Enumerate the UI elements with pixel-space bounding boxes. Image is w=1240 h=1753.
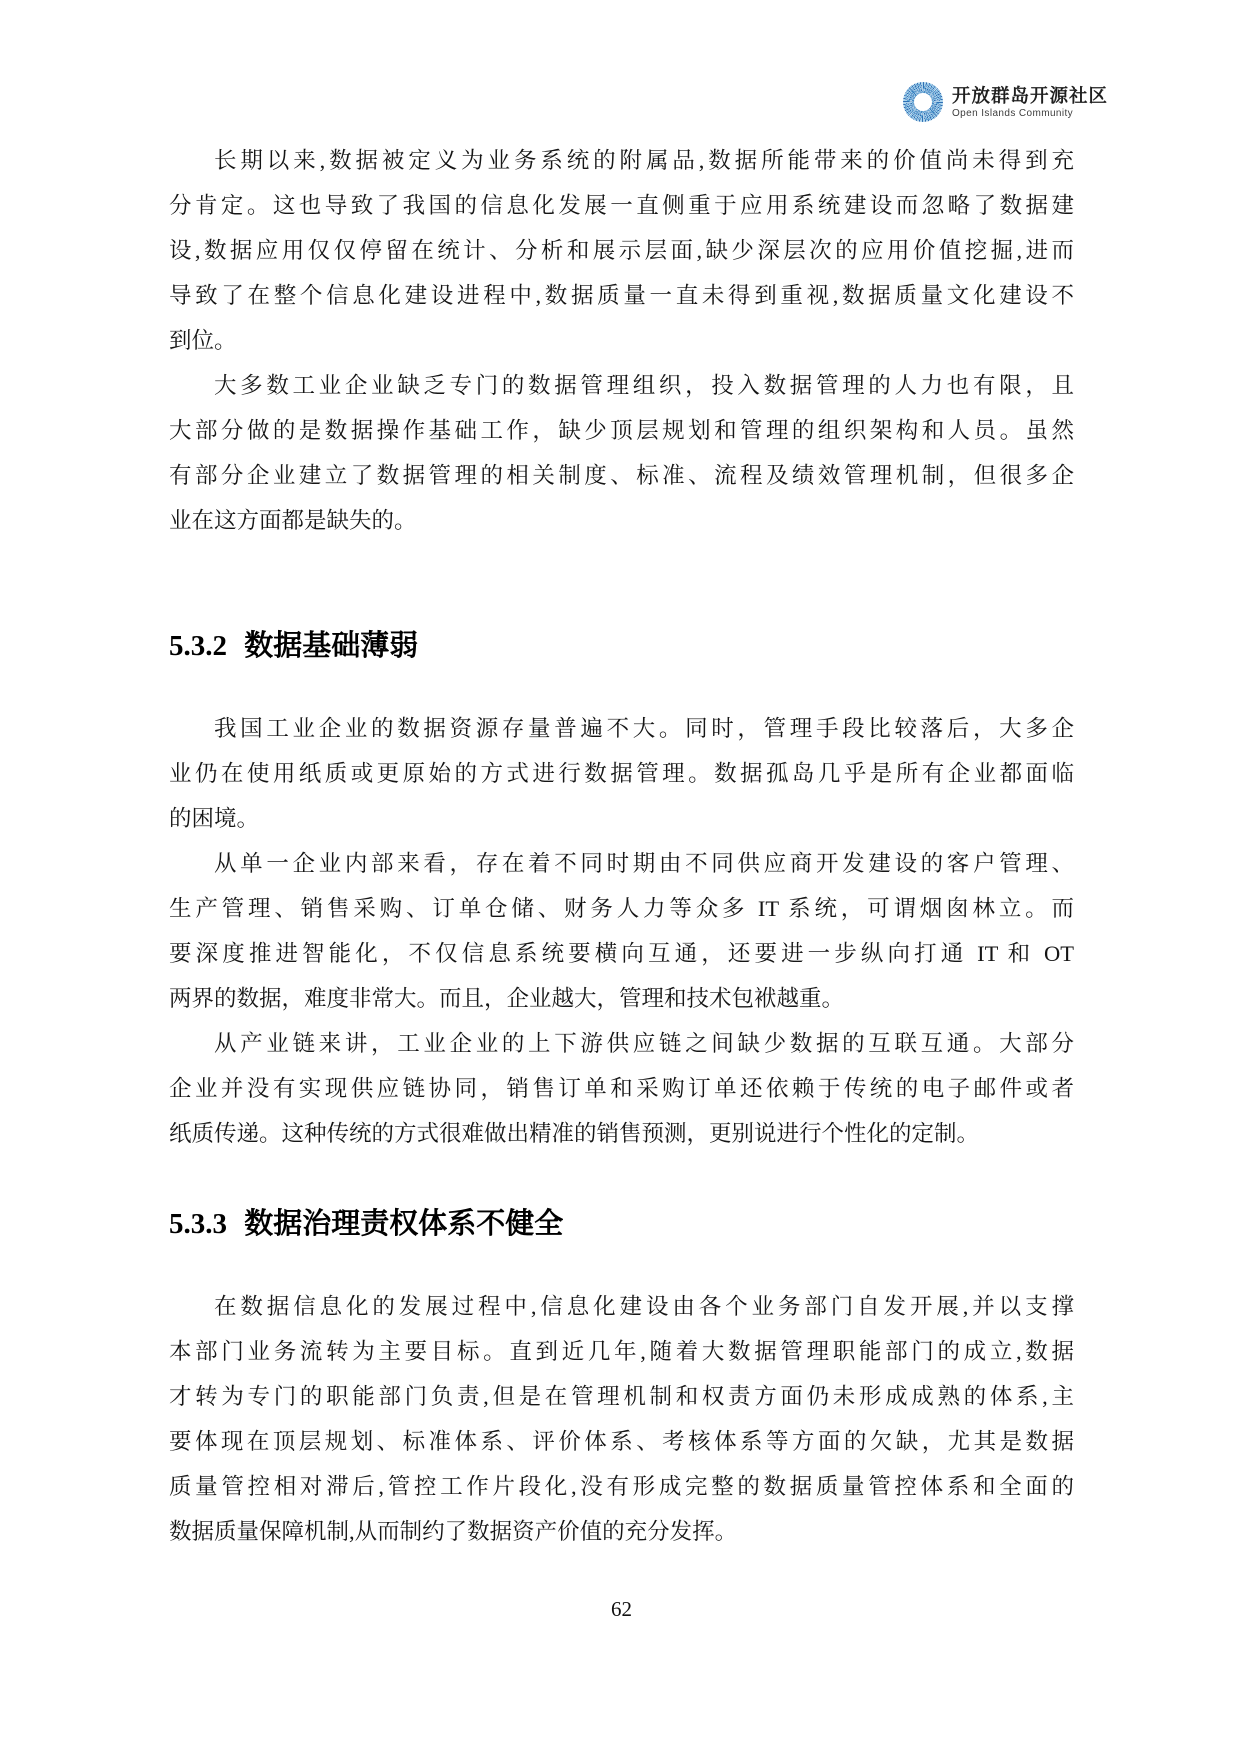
paragraph-line: 从产业链来讲，工业企业的上下游供应链之间缺少数据的互联互通。大部分 <box>169 1021 1074 1066</box>
heading-number: 5.3.3 <box>169 1208 227 1240</box>
paragraph-line: 企业并没有实现供应链协同，销售订单和采购订单还依赖于传统的电子邮件或者 <box>169 1066 1074 1111</box>
heading-title: 数据治理责权体系不健全 <box>244 1208 563 1240</box>
paragraph-line: 要体现在顶层规划、标准体系、评价体系、考核体系等方面的欠缺，尤其是数据 <box>169 1419 1074 1464</box>
paragraph-line: 两界的数据，难度非常大。而且，企业越大，管理和技术包袱越重。 <box>169 976 1074 1021</box>
paragraph-line: 生产管理、销售采购、订单仓储、财务人力等众多 IT 系统，可谓烟囱林立。而 <box>169 886 1074 931</box>
paragraph-line: 设,数据应用仅仅停留在统计、分析和展示层面,缺少深层次的应用价值挖掘,进而 <box>169 228 1074 273</box>
paragraph-line: 业在这方面都是缺失的。 <box>169 498 1074 543</box>
paragraph-line: 大部分做的是数据操作基础工作，缺少顶层规划和管理的组织架构和人员。虽然 <box>169 408 1074 453</box>
paragraph-line: 大多数工业企业缺乏专门的数据管理组织，投入数据管理的人力也有限，且 <box>169 363 1074 408</box>
paragraph-line: 数据质量保障机制,从而制约了数据资产价值的充分发挥。 <box>169 1509 1074 1554</box>
paragraph-line: 在数据信息化的发展过程中,信息化建设由各个业务部门自发开展,并以支撑 <box>169 1284 1074 1329</box>
community-logo: 开放群岛开源社区 Open Islands Community <box>903 82 1108 122</box>
paragraph-6: 在数据信息化的发展过程中,信息化建设由各个业务部门自发开展,并以支撑 本部门业务… <box>169 1284 1074 1554</box>
paragraph-line: 要深度推进智能化，不仅信息系统要横向互通，还要进一步纵向打通 IT 和 OT <box>169 931 1074 976</box>
paragraph-line: 到位。 <box>169 318 1074 363</box>
paragraph-line: 有部分企业建立了数据管理的相关制度、标准、流程及绩效管理机制，但很多企 <box>169 453 1074 498</box>
logo-title-en: Open Islands Community <box>952 108 1108 120</box>
paragraph-line: 分肯定。这也导致了我国的信息化发展一直侧重于应用系统建设而忽略了数据建 <box>169 183 1074 228</box>
heading-title: 数据基础薄弱 <box>244 630 418 662</box>
page-content: 长期以来,数据被定义为业务系统的附属品,数据所能带来的价值尚未得到充 分肯定。这… <box>169 138 1074 1554</box>
paragraph-5: 从产业链来讲，工业企业的上下游供应链之间缺少数据的互联互通。大部分 企业并没有实… <box>169 1021 1074 1156</box>
paragraph-line: 的困境。 <box>169 796 1074 841</box>
section-heading-5-3-3: 5.3.3 数据治理责权体系不健全 <box>169 1204 1074 1244</box>
paragraph-1: 长期以来,数据被定义为业务系统的附属品,数据所能带来的价值尚未得到充 分肯定。这… <box>169 138 1074 363</box>
paragraph-line: 才转为专门的职能部门负责,但是在管理机制和权责方面仍未形成成熟的体系,主 <box>169 1374 1074 1419</box>
paragraph-line: 质量管控相对滞后,管控工作片段化,没有形成完整的数据质量管控体系和全面的 <box>169 1464 1074 1509</box>
paragraph-line: 我国工业企业的数据资源存量普遍不大。同时，管理手段比较落后，大多企 <box>169 706 1074 751</box>
paragraph-line: 从单一企业内部来看，存在着不同时期由不同供应商开发建设的客户管理、 <box>169 841 1074 886</box>
paragraph-3: 我国工业企业的数据资源存量普遍不大。同时，管理手段比较落后，大多企 业仍在使用纸… <box>169 706 1074 841</box>
logo-title-zh: 开放群岛开源社区 <box>952 85 1108 106</box>
document-page: 开放群岛开源社区 Open Islands Community 长期以来,数据被… <box>0 0 1240 1753</box>
paragraph-4: 从单一企业内部来看，存在着不同时期由不同供应商开发建设的客户管理、 生产管理、销… <box>169 841 1074 1021</box>
paragraph-2: 大多数工业企业缺乏专门的数据管理组织，投入数据管理的人力也有限，且 大部分做的是… <box>169 363 1074 543</box>
page-number: 62 <box>611 1597 632 1621</box>
paragraph-line: 长期以来,数据被定义为业务系统的附属品,数据所能带来的价值尚未得到充 <box>169 138 1074 183</box>
paragraph-line: 纸质传递。这种传统的方式很难做出精准的销售预测，更别说进行个性化的定制。 <box>169 1111 1074 1156</box>
page-footer: 62 <box>169 1597 1074 1622</box>
paragraph-line: 业仍在使用纸质或更原始的方式进行数据管理。数据孤岛几乎是所有企业都面临 <box>169 751 1074 796</box>
paragraph-line: 导致了在整个信息化建设进程中,数据质量一直未得到重视,数据质量文化建设不 <box>169 273 1074 318</box>
paragraph-line: 本部门业务流转为主要目标。直到近几年,随着大数据管理职能部门的成立,数据 <box>169 1329 1074 1374</box>
sunburst-logo-icon <box>903 82 943 122</box>
logo-text: 开放群岛开源社区 Open Islands Community <box>952 85 1108 120</box>
section-heading-5-3-2: 5.3.2 数据基础薄弱 <box>169 626 1074 666</box>
heading-number: 5.3.2 <box>169 630 227 662</box>
